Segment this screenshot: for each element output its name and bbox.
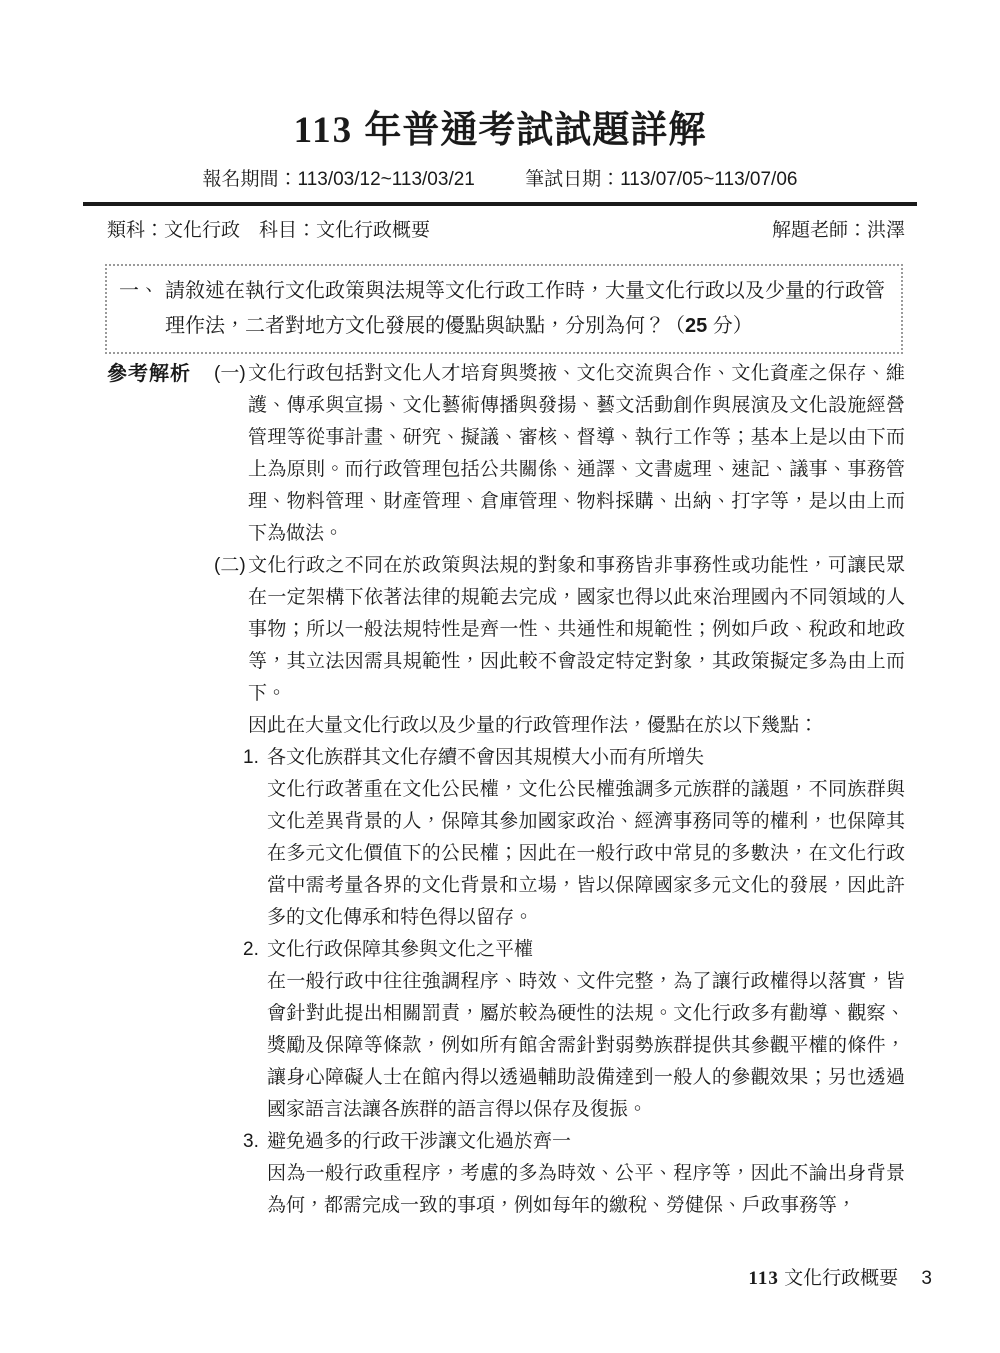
- category-subject: 類科：文化行政科目：文化行政概要: [107, 218, 430, 244]
- analysis-point-2: 2. 文化行政保障其參與文化之平權 在一般行政中往往強調程序、時效、文件完整，為…: [243, 934, 905, 1126]
- analysis-section-2: (二) 文化行政之不同在於政策與法規的對象和事務皆非事務性或功能性，可讓民眾在一…: [218, 550, 905, 710]
- point-3-heading: 避免過多的行政干涉讓文化過於齊一: [267, 1131, 571, 1152]
- reference-analysis: 參考解析 (一) 文化行政包括對文化人才培育與獎掖、文化交流與合作、文化資產之保…: [107, 358, 905, 1222]
- analysis-point-3: 3. 避免過多的行政干涉讓文化過於齊一 因為一般行政重程序，考慮的多為時效、公平…: [243, 1126, 905, 1222]
- question-box: 一、 請敘述在執行文化政策與法規等文化行政工作時，大量文化行政以及少量的行政管理…: [105, 264, 903, 354]
- footer-year: 113: [748, 1268, 778, 1289]
- footer-subject: 文化行政概要: [784, 1268, 898, 1289]
- point-3-body: 因為一般行政重程序，考慮的多為時效、公平、程序等，因此不論出身背景為何，都需完成…: [243, 1158, 905, 1222]
- exam-info-row: 報名期間：113/03/12~113/03/21 筆試日期：113/07/05~…: [0, 167, 1000, 193]
- footer-page-number: 3: [921, 1268, 932, 1289]
- point-1-body: 文化行政著重在文化公民權，文化公民權強調多元族群的議題，不同族群與文化差異背景的…: [243, 774, 905, 934]
- analysis-label: 參考解析: [107, 358, 191, 390]
- question-number: 一、: [119, 274, 165, 344]
- point-3-heading-row: 3. 避免過多的行政干涉讓文化過於齊一: [243, 1126, 905, 1158]
- analysis-section-1: (一) 文化行政包括對文化人才培育與獎掖、文化交流與合作、文化資產之保存、維護、…: [218, 358, 905, 550]
- section-1-text: 文化行政包括對文化人才培育與獎掖、文化交流與合作、文化資產之保存、維護、傳承與宣…: [248, 363, 905, 544]
- point-2-body: 在一般行政中往往強調程序、時效、文件完整，為了讓行政權得以落實，皆會針對此提出相…: [243, 966, 905, 1126]
- analysis-point-1: 1. 各文化族群其文化存續不會因其規模大小而有所增失 文化行政著重在文化公民權，…: [243, 742, 905, 934]
- point-1-heading: 各文化族群其文化存續不會因其規模大小而有所增失: [267, 747, 704, 768]
- subject-label: 科目：文化行政概要: [259, 220, 430, 241]
- page-title-text: 年普通考試試題詳解: [353, 109, 706, 150]
- point-1-heading-row: 1. 各文化族群其文化存續不會因其規模大小而有所增失: [243, 742, 905, 774]
- category-label: 類科：文化行政: [107, 220, 240, 241]
- registration-period: 報名期間：113/03/12~113/03/21: [203, 169, 475, 190]
- question-body-text: 請敘述在執行文化政策與法規等文化行政工作時，大量文化行政以及少量的行政管理作法，…: [165, 280, 885, 337]
- score-paren-open: （: [665, 315, 685, 337]
- question-text: 請敘述在執行文化政策與法規等文化行政工作時，大量文化行政以及少量的行政管理作法，…: [165, 274, 885, 344]
- page-title-year: 113: [294, 110, 353, 151]
- section-1-marker: (一): [214, 358, 246, 390]
- point-2-heading: 文化行政保障其參與文化之平權: [267, 939, 533, 960]
- analysis-content: (一) 文化行政包括對文化人才培育與獎掖、文化交流與合作、文化資產之保存、維護、…: [218, 358, 905, 1222]
- solver-label: 解題老師：洪澤: [772, 218, 905, 244]
- section-2-text: 文化行政之不同在於政策與法規的對象和事務皆非事務性或功能性，可讓民眾在一定架構下…: [248, 555, 905, 704]
- page-title: 113 年普通考試試題詳解: [0, 108, 1000, 153]
- point-2-heading-row: 2. 文化行政保障其參與文化之平權: [243, 934, 905, 966]
- point-1-number: 1.: [243, 742, 259, 774]
- point-2-number: 2.: [243, 934, 259, 966]
- written-exam-date: 筆試日期：113/07/05~113/07/06: [525, 169, 797, 190]
- subject-meta-row: 類科：文化行政科目：文化行政概要 解題老師：洪澤: [107, 218, 905, 244]
- exam-solution-page: 113 年普通考試試題詳解 報名期間：113/03/12~113/03/21 筆…: [0, 0, 1000, 1353]
- page-footer: 113 文化行政概要 3: [748, 1267, 932, 1291]
- point-3-number: 3.: [243, 1126, 259, 1158]
- section-2-marker: (二): [214, 550, 246, 582]
- analysis-followup: 因此在大量文化行政以及少量的行政管理作法，優點在於以下幾點：: [218, 710, 905, 742]
- score-paren-close: 分）: [707, 315, 753, 337]
- header-divider: [83, 202, 917, 206]
- question-score: 25: [685, 315, 707, 337]
